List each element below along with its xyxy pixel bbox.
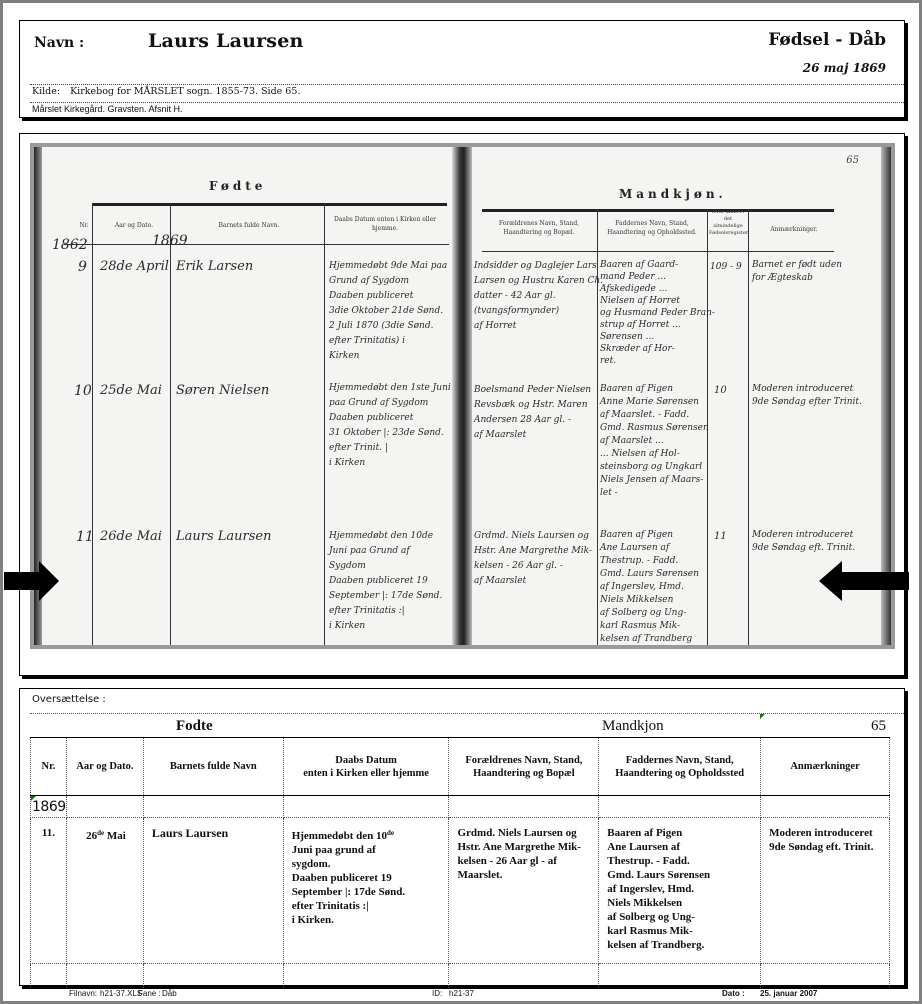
entry-date[interactable]: 26de Mai	[66, 818, 143, 964]
translation-left-title: Fodte	[176, 718, 213, 735]
baptism-date[interactable]: Hjemmedøbt den 10deJuni paa grund af syg…	[283, 818, 449, 964]
church-book-scan: Fødte Mandkjøn. 65 Nr. Aar og Dato. Barn…	[30, 143, 895, 649]
remarks[interactable]: Moderen introduceret 9de Søndag eft. Tri…	[761, 818, 890, 964]
event-type: Fødsel - Dåb	[768, 30, 886, 50]
column-header: Barnets fulde Navn	[143, 738, 283, 796]
gravestone-note: Mårslet Kirkegård. Gravsten. Afsnit H.	[32, 104, 183, 114]
arrow-right-icon	[4, 561, 59, 601]
year-row: 1869	[31, 796, 890, 818]
name-label: Navn :	[34, 35, 84, 51]
header-box: Navn : Laurs Laursen Fødsel - Dåb 26 maj…	[19, 20, 905, 118]
source-label: Kilde:	[32, 86, 60, 97]
person-name: Laurs Laursen	[148, 30, 304, 52]
divider	[30, 713, 904, 714]
scan-year-mark: 1869	[152, 233, 188, 249]
translation-page-number: 65	[871, 718, 886, 735]
translation-right-title: Mandkjon	[602, 718, 664, 735]
book-gutter	[452, 147, 472, 645]
source-row: Kilde:Kirkebog for MÅRSLET sogn. 1855-73…	[32, 86, 300, 97]
id-value: h21-37	[449, 989, 474, 998]
translation-table: Nr. Aar og Dato. Barnets fulde Navn Daab…	[30, 737, 890, 988]
table-row	[31, 964, 890, 988]
footer: Filnavn: h21-37.XLS Fane : Dåb ID: h21-3…	[3, 988, 919, 1002]
date-value: 25. januar 2007	[760, 989, 817, 998]
divider	[30, 84, 904, 85]
godparents[interactable]: Baaren af Pigen Ane Laursen af Thestrup.…	[599, 818, 761, 964]
table-row: 11. 26de Mai Laurs Laursen Hjemmedøbt de…	[31, 818, 890, 964]
date-label: Dato :	[722, 989, 745, 998]
document-page: Navn : Laurs Laursen Fødsel - Dåb 26 maj…	[3, 3, 919, 1001]
id-label: ID:	[432, 989, 442, 998]
column-header: Anmærkninger	[761, 738, 890, 796]
translation-label: Oversættelse :	[32, 694, 106, 705]
entry-number[interactable]: 11.	[31, 818, 67, 964]
scan-right-title: Mandkjøn.	[619, 187, 727, 201]
scan-box: Fødte Mandkjøn. 65 Nr. Aar og Dato. Barn…	[19, 133, 905, 676]
divider	[30, 102, 904, 103]
parents[interactable]: Grdmd. Niels Laursen og Hstr. Ane Margre…	[449, 818, 599, 964]
arrow-left-icon	[819, 561, 909, 601]
column-header: Daabs Datum enten i Kirken eller hjemme	[283, 738, 449, 796]
scan-page-number: 65	[846, 155, 859, 166]
scan-image: Fødte Mandkjøn. 65 Nr. Aar og Dato. Barn…	[34, 147, 891, 645]
source-value: Kirkebog for MÅRSLET sogn. 1855-73. Side…	[70, 86, 300, 97]
filename-value: h21-37.XLS	[100, 989, 142, 998]
translation-box: Oversættelse : Fodte Mandkjon 65 Nr. Aar…	[19, 688, 905, 986]
column-header: Forældrenes Navn, Stand, Haandtering og …	[449, 738, 599, 796]
column-header: Aar og Dato.	[66, 738, 143, 796]
comment-marker-icon	[760, 714, 765, 719]
column-header: Nr.	[31, 738, 67, 796]
event-date: 26 maj 1869	[803, 61, 886, 75]
table-header-row: Nr. Aar og Dato. Barnets fulde Navn Daab…	[31, 738, 890, 796]
filename-label: Filnavn:	[69, 989, 97, 998]
scan-left-title: Fødte	[209, 179, 266, 193]
child-name[interactable]: Laurs Laursen	[143, 818, 283, 964]
sheet-label: Fane :	[138, 989, 161, 998]
scan-year-mark: 1862	[52, 237, 88, 253]
sheet-value: Dåb	[162, 989, 177, 998]
column-header: Faddernes Navn, Stand, Haandtering og Op…	[599, 738, 761, 796]
year-cell[interactable]: 1869	[31, 796, 67, 818]
comment-marker-icon	[31, 796, 36, 801]
